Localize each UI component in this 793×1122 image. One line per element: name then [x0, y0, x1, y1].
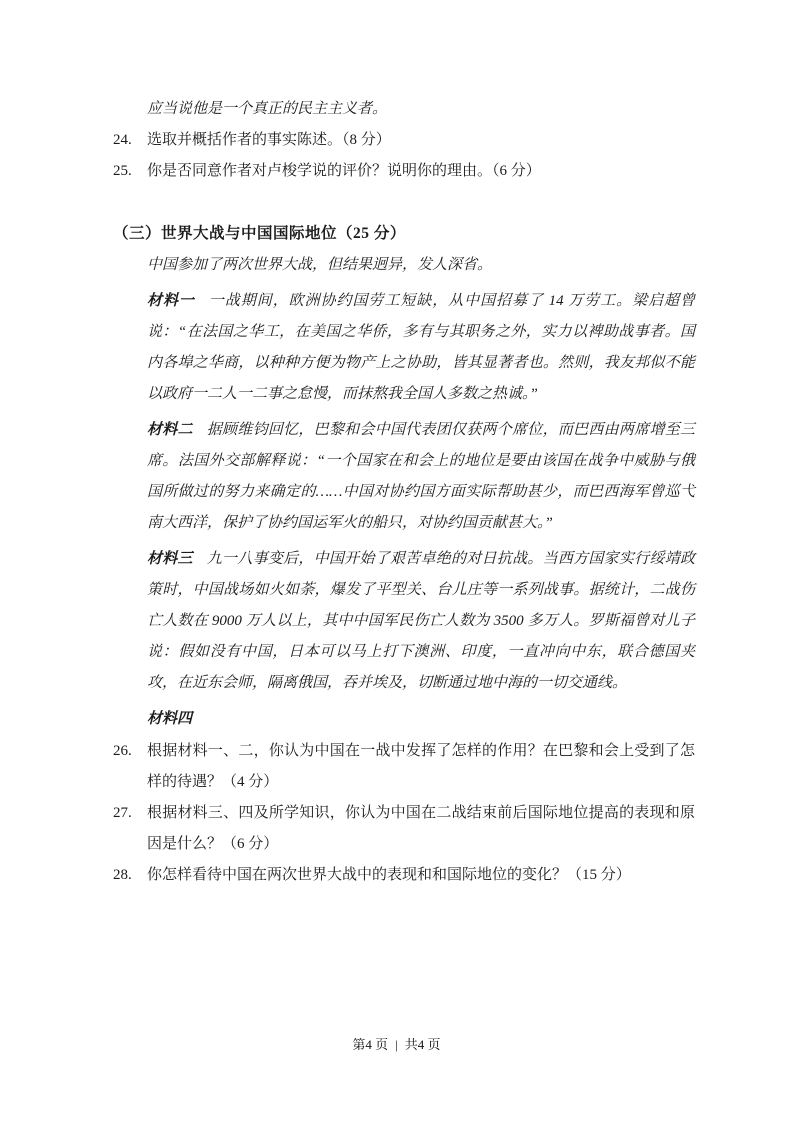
question-number: 27. [113, 798, 147, 829]
material-text: 一战期间，欧洲协约国劳工短缺，从中国招募了 14 万劳工。梁启超曾说：“在法国之… [147, 293, 695, 402]
material-3-paragraph: 材料三九一八事变后，中国开始了艰苦卓绝的对日抗战。当西方国家实行绥靖政策时，中国… [147, 544, 695, 699]
question-text: 根据材料三、四及所学知识，你认为中国在二战结束前后国际地位提高的表现和原因是什么… [147, 798, 695, 860]
question-25: 25. 你是否同意作者对卢梭学说的评价？说明你的理由。（6 分） [113, 156, 695, 187]
material-4-paragraph: 材料四 [147, 704, 695, 735]
section-intro-paragraph: 中国参加了两次世界大战，但结果迥异，发人深省。 [147, 250, 695, 281]
footer-page-total: 共4 页 [405, 1037, 441, 1052]
section-heading: （三）世界大战与中国国际地位（25 分） [113, 218, 695, 249]
material-label: 材料二 [147, 422, 207, 438]
material-2-paragraph: 材料二据顾维钧回忆，巴黎和会中国代表团仅获两个席位，而巴西由两席增至三席。法国外… [147, 415, 695, 539]
question-28: 28. 你怎样看待中国在两次世界大战中的表现和和国际地位的变化？（15 分） [113, 860, 695, 891]
question-27: 27. 根据材料三、四及所学知识，你认为中国在二战结束前后国际地位提高的表现和原… [113, 798, 695, 860]
material-label: 材料四 [147, 711, 206, 727]
question-text: 根据材料一、二，你认为中国在一战中发挥了怎样的作用？在巴黎和会上受到了怎样的待遇… [147, 736, 695, 798]
question-number: 28. [113, 860, 147, 891]
footer-separator: | [395, 1031, 398, 1059]
material-label: 材料三 [147, 551, 207, 567]
question-number: 26. [113, 736, 147, 767]
question-number: 25. [113, 156, 147, 187]
section-questions: 26. 根据材料一、二，你认为中国在一战中发挥了怎样的作用？在巴黎和会上受到了怎… [113, 736, 695, 891]
question-text: 你怎样看待中国在两次世界大战中的表现和和国际地位的变化？（15 分） [147, 860, 695, 891]
material-label: 材料一 [147, 293, 209, 309]
footer-page-current: 第4 页 [352, 1037, 388, 1052]
material-text: 九一八事变后，中国开始了艰苦卓绝的对日抗战。当西方国家实行绥靖政策时，中国战场如… [147, 551, 695, 691]
question-text: 选取并概括作者的事实陈述。（8 分） [147, 125, 695, 156]
carryover-paragraph: 应当说他是一个真正的民主主义者。 [147, 94, 695, 125]
question-24: 24. 选取并概括作者的事实陈述。（8 分） [113, 125, 695, 156]
page-footer: 第4 页|共4 页 [0, 1031, 793, 1059]
question-text: 你是否同意作者对卢梭学说的评价？说明你的理由。（6 分） [147, 156, 695, 187]
exam-paper-page: 应当说他是一个真正的民主主义者。 24. 选取并概括作者的事实陈述。（8 分） … [0, 0, 793, 1122]
question-number: 24. [113, 125, 147, 156]
material-text: 据顾维钧回忆，巴黎和会中国代表团仅获两个席位，而巴西由两席增至三席。法国外交部解… [147, 422, 695, 531]
question-26: 26. 根据材料一、二，你认为中国在一战中发挥了怎样的作用？在巴黎和会上受到了怎… [113, 736, 695, 798]
page-content: 应当说他是一个真正的民主主义者。 24. 选取并概括作者的事实陈述。（8 分） … [113, 94, 695, 891]
material-1-paragraph: 材料一一战期间，欧洲协约国劳工短缺，从中国招募了 14 万劳工。梁启超曾说：“在… [147, 286, 695, 410]
